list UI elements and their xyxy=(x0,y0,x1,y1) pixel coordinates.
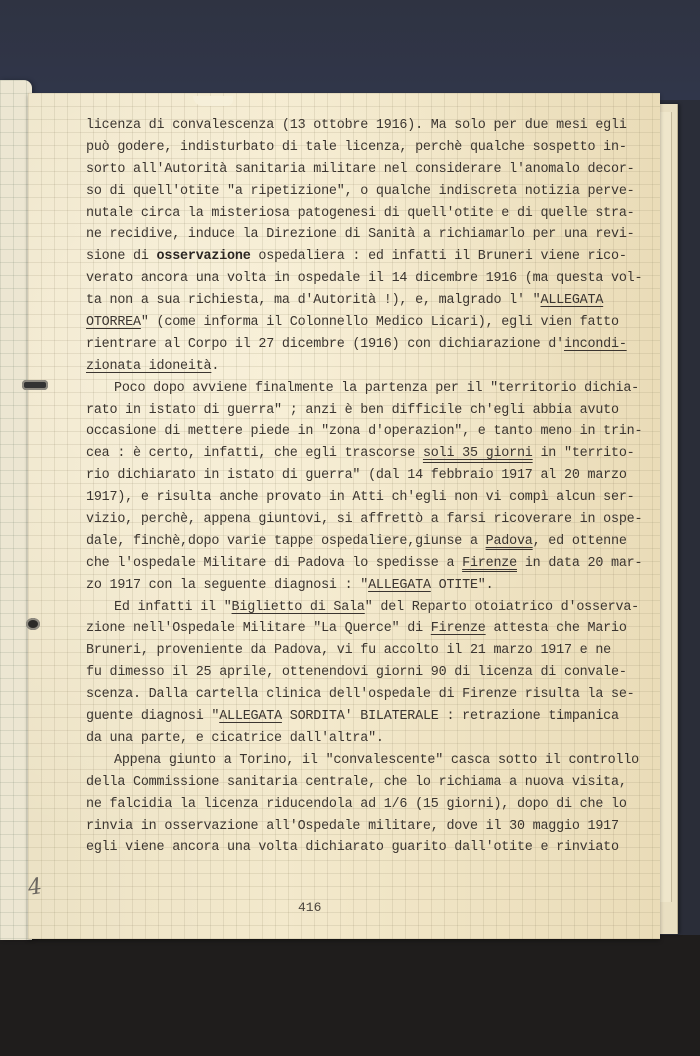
text-line: Poco dopo avviene finalmente la partenza… xyxy=(86,378,646,400)
text-segment: zo 1917 con la seguente diagnosi : " xyxy=(86,578,368,593)
text-segment: attesta che Mario xyxy=(486,621,627,636)
page-number: 416 xyxy=(298,900,321,915)
text-line: occasione di mettere piede in "zona d'op… xyxy=(86,421,646,443)
text-line: ne falcidia la licenza riducendola ad 1/… xyxy=(86,794,646,816)
text-segment: rato in istato di guerra" ; anzi è ben d… xyxy=(86,403,619,418)
text-line: da una parte, e cicatrice dall'altra". xyxy=(86,728,646,750)
text-segment: , ed ottenne xyxy=(533,534,627,549)
text-segment: che l'ospedale Militare di Padova lo spe… xyxy=(86,556,462,571)
text-line: sione di osservazione ospedaliera : ed i… xyxy=(86,246,646,268)
emphasized-text: soli 35 giorni xyxy=(423,446,533,461)
emphasized-text: ALLEGATA xyxy=(219,709,282,724)
text-segment: rientrare al Corpo il 27 dicembre (1916)… xyxy=(86,337,564,352)
text-line: dale, finchè,dopo varie tappe ospedalier… xyxy=(86,531,646,553)
text-segment: da una parte, e cicatrice dall'altra". xyxy=(86,731,384,746)
emphasized-text: osservazione xyxy=(157,249,251,264)
emphasized-text: zionata idoneità xyxy=(86,359,211,374)
text-line: OTORREA" (come informa il Colonnello Med… xyxy=(86,312,646,334)
text-segment: so di quell'otite "a ripetizione", o qua… xyxy=(86,184,635,199)
emphasized-text: Padova xyxy=(486,534,533,549)
text-segment: " (come informa il Colonnello Medico Lic… xyxy=(141,315,619,330)
text-line: ta non a sua richiesta, ma d'Autorità !)… xyxy=(86,290,646,312)
text-line: guente diagnosi "ALLEGATA SORDITA' BILAT… xyxy=(86,706,646,728)
text-segment: zione nell'Ospedale Militare "La Querce"… xyxy=(86,621,431,636)
text-segment: Poco dopo avviene finalmente la partenza… xyxy=(114,381,639,396)
binding-hole xyxy=(26,618,40,630)
text-segment: ta non a sua richiesta, ma d'Autorità !)… xyxy=(86,293,540,308)
text-segment: occasione di mettere piede in "zona d'op… xyxy=(86,424,642,439)
text-segment: " del Reparto otoiatrico d'osserva- xyxy=(365,600,639,615)
text-segment: rinvia in osservazione all'Ospedale mili… xyxy=(86,819,619,834)
text-line: rio dichiarato in istato di guerra" (dal… xyxy=(86,465,646,487)
text-line: zionata idoneità. xyxy=(86,356,646,378)
text-line: egli viene ancora una volta dichiarato g… xyxy=(86,837,646,859)
text-segment: . xyxy=(211,359,219,374)
text-segment: licenza di convalescenza (13 ottobre 191… xyxy=(86,118,627,133)
text-line: so di quell'otite "a ripetizione", o qua… xyxy=(86,181,646,203)
emphasized-text: incondi- xyxy=(564,337,627,352)
text-line: rientrare al Corpo il 27 dicembre (1916)… xyxy=(86,334,646,356)
dark-backdrop-bottom xyxy=(0,935,700,1056)
text-line: può godere, indisturbato di tale licenza… xyxy=(86,137,646,159)
binding-hole-fastener xyxy=(22,380,48,390)
text-segment: verato ancora una volta in ospedale il 1… xyxy=(86,271,642,286)
text-segment: guente diagnosi " xyxy=(86,709,219,724)
text-segment: cea : è certo, infatti, che egli trascor… xyxy=(86,446,423,461)
text-segment: può godere, indisturbato di tale licenza… xyxy=(86,140,627,155)
text-line: vizio, perchè, appena giuntovi, si affre… xyxy=(86,509,646,531)
text-segment: rio dichiarato in istato di guerra" (dal… xyxy=(86,468,627,483)
text-segment: vizio, perchè, appena giuntovi, si affre… xyxy=(86,512,642,527)
text-line: rinvia in osservazione all'Ospedale mili… xyxy=(86,816,646,838)
text-segment: scenza. Dalla cartella clinica dell'ospe… xyxy=(86,687,635,702)
emphasized-text: ALLEGATA xyxy=(540,293,603,308)
text-line: sorto all'Autorità sanitaria militare ne… xyxy=(86,159,646,181)
paper-tear xyxy=(193,96,233,106)
text-segment: sione di xyxy=(86,249,157,264)
emphasized-text: Firenze xyxy=(431,621,486,636)
text-line: rato in istato di guerra" ; anzi è ben d… xyxy=(86,400,646,422)
text-segment: fu dimesso il 25 aprile, ottenendovi gio… xyxy=(86,665,627,680)
emphasized-text: Biglietto di Sala xyxy=(232,600,365,615)
text-segment: ne recidive, induce la Direzione di Sani… xyxy=(86,227,635,242)
text-segment: 1917), e risulta anche provato in Atti c… xyxy=(86,490,635,505)
text-segment: ospedaliera : ed infatti il Bruneri vien… xyxy=(251,249,627,264)
emphasized-text: Firenze xyxy=(462,556,517,571)
text-segment: Ed infatti il " xyxy=(114,600,232,615)
text-line: che l'ospedale Militare di Padova lo spe… xyxy=(86,553,646,575)
text-line: zo 1917 con la seguente diagnosi : "ALLE… xyxy=(86,575,646,597)
text-line: della Commissione sanitaria centrale, ch… xyxy=(86,772,646,794)
text-line: fu dimesso il 25 aprile, ottenendovi gio… xyxy=(86,662,646,684)
text-line: Appena giunto a Torino, il "convalescent… xyxy=(86,750,646,772)
text-segment: Appena giunto a Torino, il "convalescent… xyxy=(114,753,639,768)
text-segment: in data 20 mar- xyxy=(517,556,642,571)
text-line: licenza di convalescenza (13 ottobre 191… xyxy=(86,115,646,137)
text-segment: Bruneri, proveniente da Padova, vi fu ac… xyxy=(86,643,611,658)
text-segment: sorto all'Autorità sanitaria militare ne… xyxy=(86,162,635,177)
emphasized-text: OTORREA xyxy=(86,315,141,330)
text-line: zione nell'Ospedale Militare "La Querce"… xyxy=(86,618,646,640)
text-segment: ne falcidia la licenza riducendola ad 1/… xyxy=(86,797,627,812)
text-line: verato ancora una volta in ospedale il 1… xyxy=(86,268,646,290)
typewritten-body-text: licenza di convalescenza (13 ottobre 191… xyxy=(86,115,646,859)
text-line: 1917), e risulta anche provato in Atti c… xyxy=(86,487,646,509)
text-line: Ed infatti il "Biglietto di Sala" del Re… xyxy=(86,597,646,619)
dark-backdrop-top xyxy=(0,0,700,100)
text-line: Bruneri, proveniente da Padova, vi fu ac… xyxy=(86,640,646,662)
text-segment: OTITE". xyxy=(431,578,494,593)
text-line: nutale circa la misteriosa patogenesi di… xyxy=(86,203,646,225)
text-segment: egli viene ancora una volta dichiarato g… xyxy=(86,840,619,855)
emphasized-text: ALLEGATA xyxy=(368,578,431,593)
text-line: ne recidive, induce la Direzione di Sani… xyxy=(86,224,646,246)
text-segment: SORDITA' BILATERALE : retrazione timpani… xyxy=(282,709,619,724)
text-segment: nutale circa la misteriosa patogenesi di… xyxy=(86,206,635,221)
text-segment: in "territo- xyxy=(533,446,635,461)
text-line: cea : è certo, infatti, che egli trascor… xyxy=(86,443,646,465)
text-segment: della Commissione sanitaria centrale, ch… xyxy=(86,775,627,790)
text-line: scenza. Dalla cartella clinica dell'ospe… xyxy=(86,684,646,706)
text-segment: dale, finchè,dopo varie tappe ospedalier… xyxy=(86,534,486,549)
